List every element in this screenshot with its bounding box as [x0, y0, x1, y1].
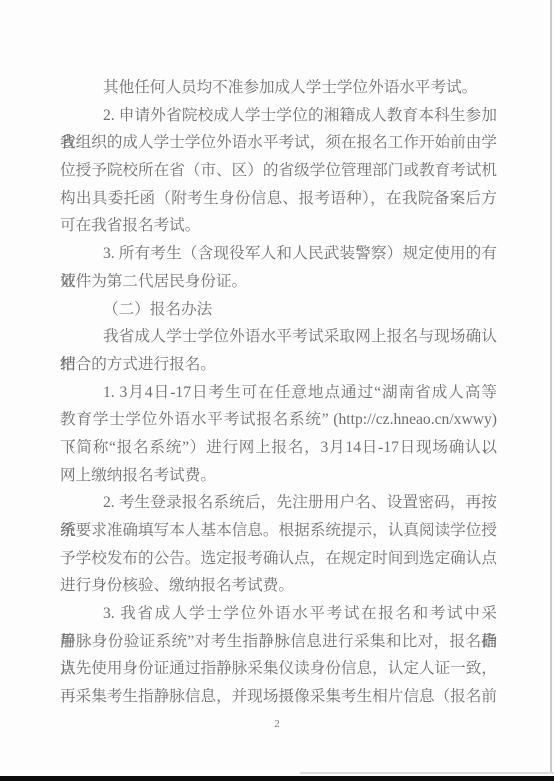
page-number: 2	[0, 714, 554, 734]
document-line: 证件为第二代居民身份证。	[60, 268, 497, 296]
document-line: 再采集考生指静脉信息，并现场摄像采集考生相片信息（报名前	[60, 683, 497, 711]
document-line: 教育学士学位外语水平考试报名系统” (http://cz.hneao.cn/xw…	[60, 406, 497, 434]
document-line: 点先使用身份证通过指静脉采集仪读身份信息，认定人证一致，	[60, 655, 497, 683]
document-line: 可在我省报名考试。	[60, 212, 497, 240]
document-line: 结合的方式进行报名。	[60, 351, 497, 379]
document-text-block: 其他任何人员均不准参加成人学士学位外语水平考试。 2. 申请外省院校成人学士学位…	[60, 74, 497, 711]
document-line: 予学校发布的公告。选定报考确认点，在规定时间到选定确认点	[60, 545, 497, 573]
document-section-heading: （二）报名办法	[60, 296, 497, 324]
document-line: 位授予院校所在省（市、区）的省级学位管理部门或教育考试机	[60, 157, 497, 185]
scan-footer-gray-line	[300, 772, 554, 774]
scan-right-edge-line	[550, 0, 552, 773]
document-line: 构出具委托函（附考生身份信息、报考语种），在我院备案后方	[60, 185, 497, 213]
scan-bottom-black-bar	[0, 776, 554, 781]
document-line: 网上缴纳报名考试费。	[60, 462, 497, 490]
document-line: 进行身份核验、缴纳报名考试费。	[60, 572, 497, 600]
document-line: 其他任何人员均不准参加成人学士学位外语水平考试。	[60, 74, 497, 102]
document-line: 3. 我省成人学士学位外语水平考试在报名和考试中采用“指	[60, 600, 497, 628]
document-line: 1. 3月4日-17日考生可在任意地点通过“湖南省成人高等	[60, 379, 497, 407]
document-line: 2. 申请外省院校成人学士学位的湘籍成人教育本科生参加我	[60, 102, 497, 130]
document-line: 2. 考生登录报名系统后，先注册用户名、设置密码，再按系	[60, 489, 497, 517]
scanned-document-page: 其他任何人员均不准参加成人学士学位外语水平考试。 2. 申请外省院校成人学士学位…	[0, 0, 554, 781]
document-line: 静脉身份验证系统”对考生指静脉信息进行采集和比对，报名确认	[60, 628, 497, 656]
document-line: 下简称“报名系统”）进行网上报名，3月14日-17日现场确认、	[60, 434, 497, 462]
document-line: 我省成人学士学位外语水平考试采取网上报名与现场确认相	[60, 323, 497, 351]
document-line: 统要求准确填写本人基本信息。根据系统提示，认真阅读学位授	[60, 517, 497, 545]
document-line: 3. 所有考生（含现役军人和人民武装警察）规定使用的有效	[60, 240, 497, 268]
document-line: 省组织的成人学士学位外语水平考试，须在报名工作开始前由学	[60, 129, 497, 157]
